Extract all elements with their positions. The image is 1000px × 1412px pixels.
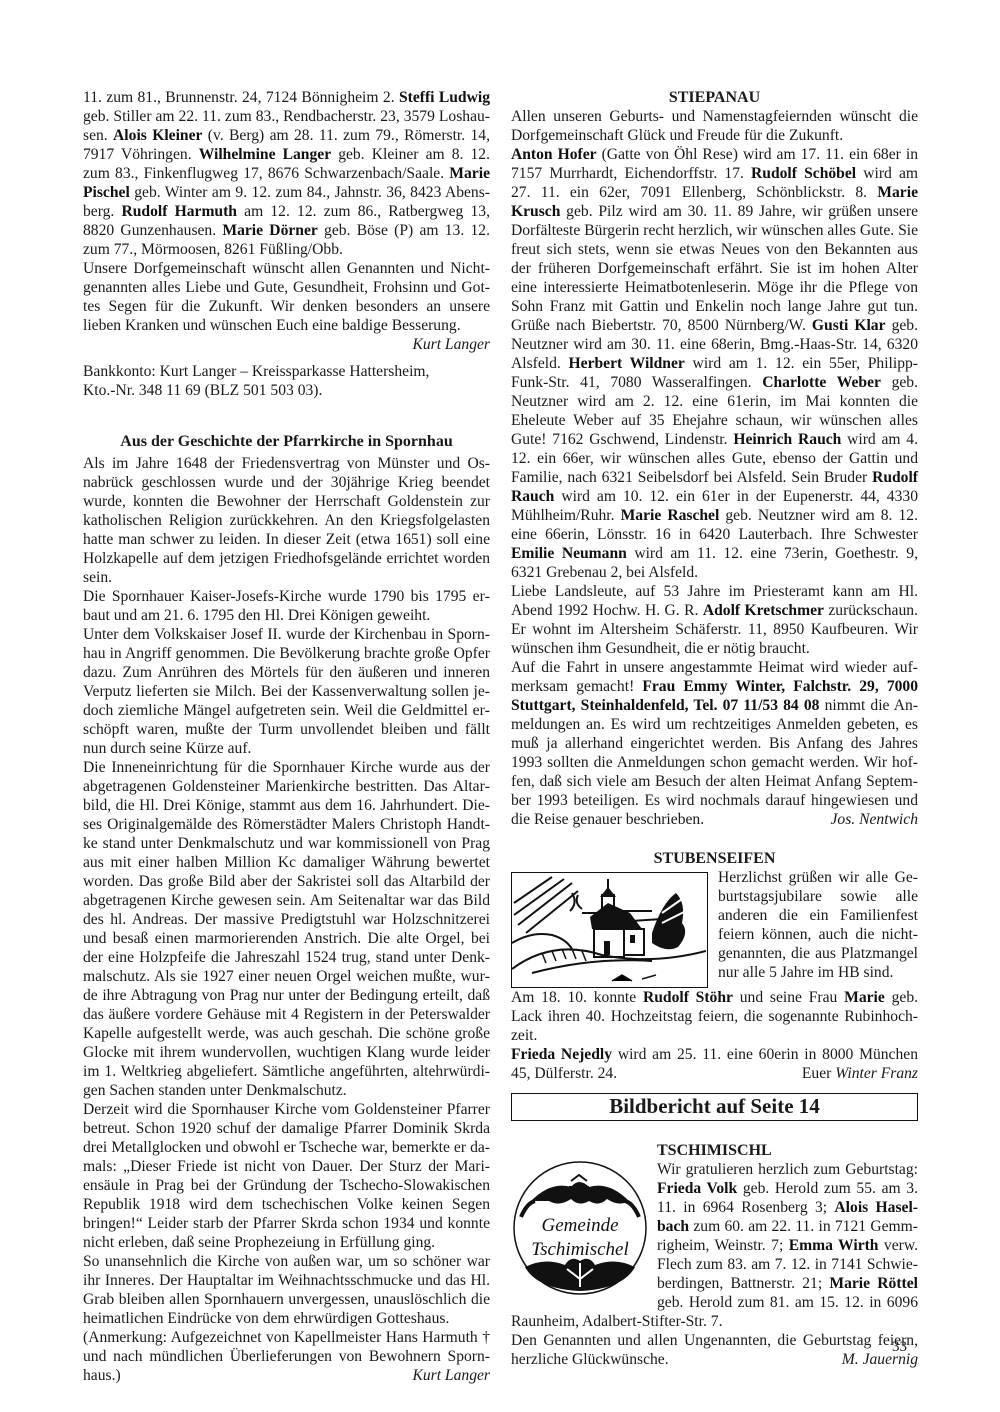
person-name: Wilhelmine Langer (199, 146, 331, 163)
signature-winter-franz: Euer Winter Franz (802, 1064, 918, 1083)
signature-kurt-langer-2: Kurt Langer (412, 1366, 490, 1385)
tschimischel-seal-image: Gemeinde Tschimischel (511, 1159, 649, 1297)
person-name: Anton Hofer (511, 146, 597, 163)
stiepanau-trip-note: Auf die Fahrt in unsere angestammte Heim… (511, 658, 918, 829)
person-name: Steffi Ludwig (399, 89, 490, 106)
stiepanau-priest-note: Liebe Landsleute, auf 53 Jahre im Priest… (511, 582, 918, 658)
right-column: STIEPANAU Allen unseren Geburts- und Nam… (511, 88, 918, 1369)
church-icon (512, 873, 706, 986)
person-name: Rudolf Harmuth (122, 203, 237, 220)
person-name: Herbert Wildner (569, 355, 685, 372)
church-drawing-image (511, 872, 708, 988)
stiepanau-intro: Allen unseren Geburts- und Namenstagfeie… (511, 107, 918, 145)
section-title-stubenseifen: STUBENSEIFEN (511, 849, 918, 868)
person-name: Rudolf Schöbel (751, 165, 856, 182)
person-name: Frieda Nejedly (511, 1046, 612, 1063)
article-note: (Anmerkung: Aufgezeichnet von Kapellmeis… (83, 1328, 490, 1385)
birthday-list-continued: 11. zum 81., Brunnenstr. 24, 7124 Bönnig… (83, 88, 490, 259)
article-paragraph: Die Inneneinrichtung für die Spornhauer … (83, 758, 490, 1100)
person-name: Alois Kleiner (113, 127, 202, 144)
person-name: Marie Dörner (222, 222, 317, 239)
bank-account-line-1: Bankkonto: Kurt Langer – Kreissparkasse … (83, 362, 490, 381)
article-paragraph: Die Spornhauer Kaiser-Josefs-Kirche wurd… (83, 587, 490, 625)
stiepanau-birthdays: Anton Hofer (Gatte von Öhl Rese) wird am… (511, 145, 918, 582)
person-name: Marie (844, 989, 885, 1006)
notice-box: Bildbericht auf Seite 14 (511, 1093, 918, 1121)
stubenseifen-anniversary: Am 18. 10. konnte Rudolf Stöhr und seine… (511, 988, 918, 1045)
person-name: Gusti Klar (812, 317, 886, 334)
person-name: Emma Wirth (789, 1237, 879, 1254)
signature-kurt-langer: Kurt Langer (83, 335, 490, 354)
community-seal-icon: Gemeinde Tschimischel (511, 1159, 649, 1297)
left-column: 11. zum 81., Brunnenstr. 24, 7124 Bönnig… (83, 88, 490, 1385)
community-wishes: Unsere Dorfgemeinschaft wünscht allen Ge… (83, 259, 490, 335)
person-name: Frieda Volk (657, 1180, 737, 1197)
article-title: Aus der Geschichte der Pfarrkirche in Sp… (83, 432, 490, 451)
page-number: 33 (892, 1339, 907, 1356)
svg-text:Tschimischel: Tschimischel (531, 1239, 628, 1260)
person-name: Rudolf Stöhr (643, 989, 733, 1006)
section-title-tschimischl: TSCHIMISCHL (511, 1141, 918, 1160)
signature-jos-nentwich: Jos. Nentwich (831, 810, 919, 829)
section-title-stiepanau: STIEPANAU (511, 88, 918, 107)
person-name: Marie Raschel (621, 507, 720, 524)
person-name: Heinrich Rauch (733, 431, 841, 448)
bank-account-line-2: Kto.-Nr. 348 11 69 (BLZ 501 503 03). (83, 381, 490, 400)
person-name: Adolf Kretschmer (703, 602, 824, 619)
person-name: Emilie Neumann (511, 545, 627, 562)
svg-text:Gemeinde: Gemeinde (541, 1215, 618, 1236)
article-paragraph: Unter dem Volkskaiser Josef II. wurde de… (83, 625, 490, 758)
article-paragraph: So unansehnlich die Kirche von außen war… (83, 1252, 490, 1328)
article-paragraph: Als im Jahre 1648 der Friedensvertrag vo… (83, 454, 490, 587)
article-paragraph: Derzeit wird die Spornhauser Kirche vom … (83, 1100, 490, 1252)
person-name: Marie Röttel (829, 1275, 918, 1292)
person-name: Charlotte Weber (762, 374, 881, 391)
tschimischl-closing: Den Genannten und allen Ungenannten, die… (511, 1331, 918, 1369)
stubenseifen-birthday: Frieda Nejedly wird am 25. 11. eine 60er… (511, 1045, 918, 1083)
